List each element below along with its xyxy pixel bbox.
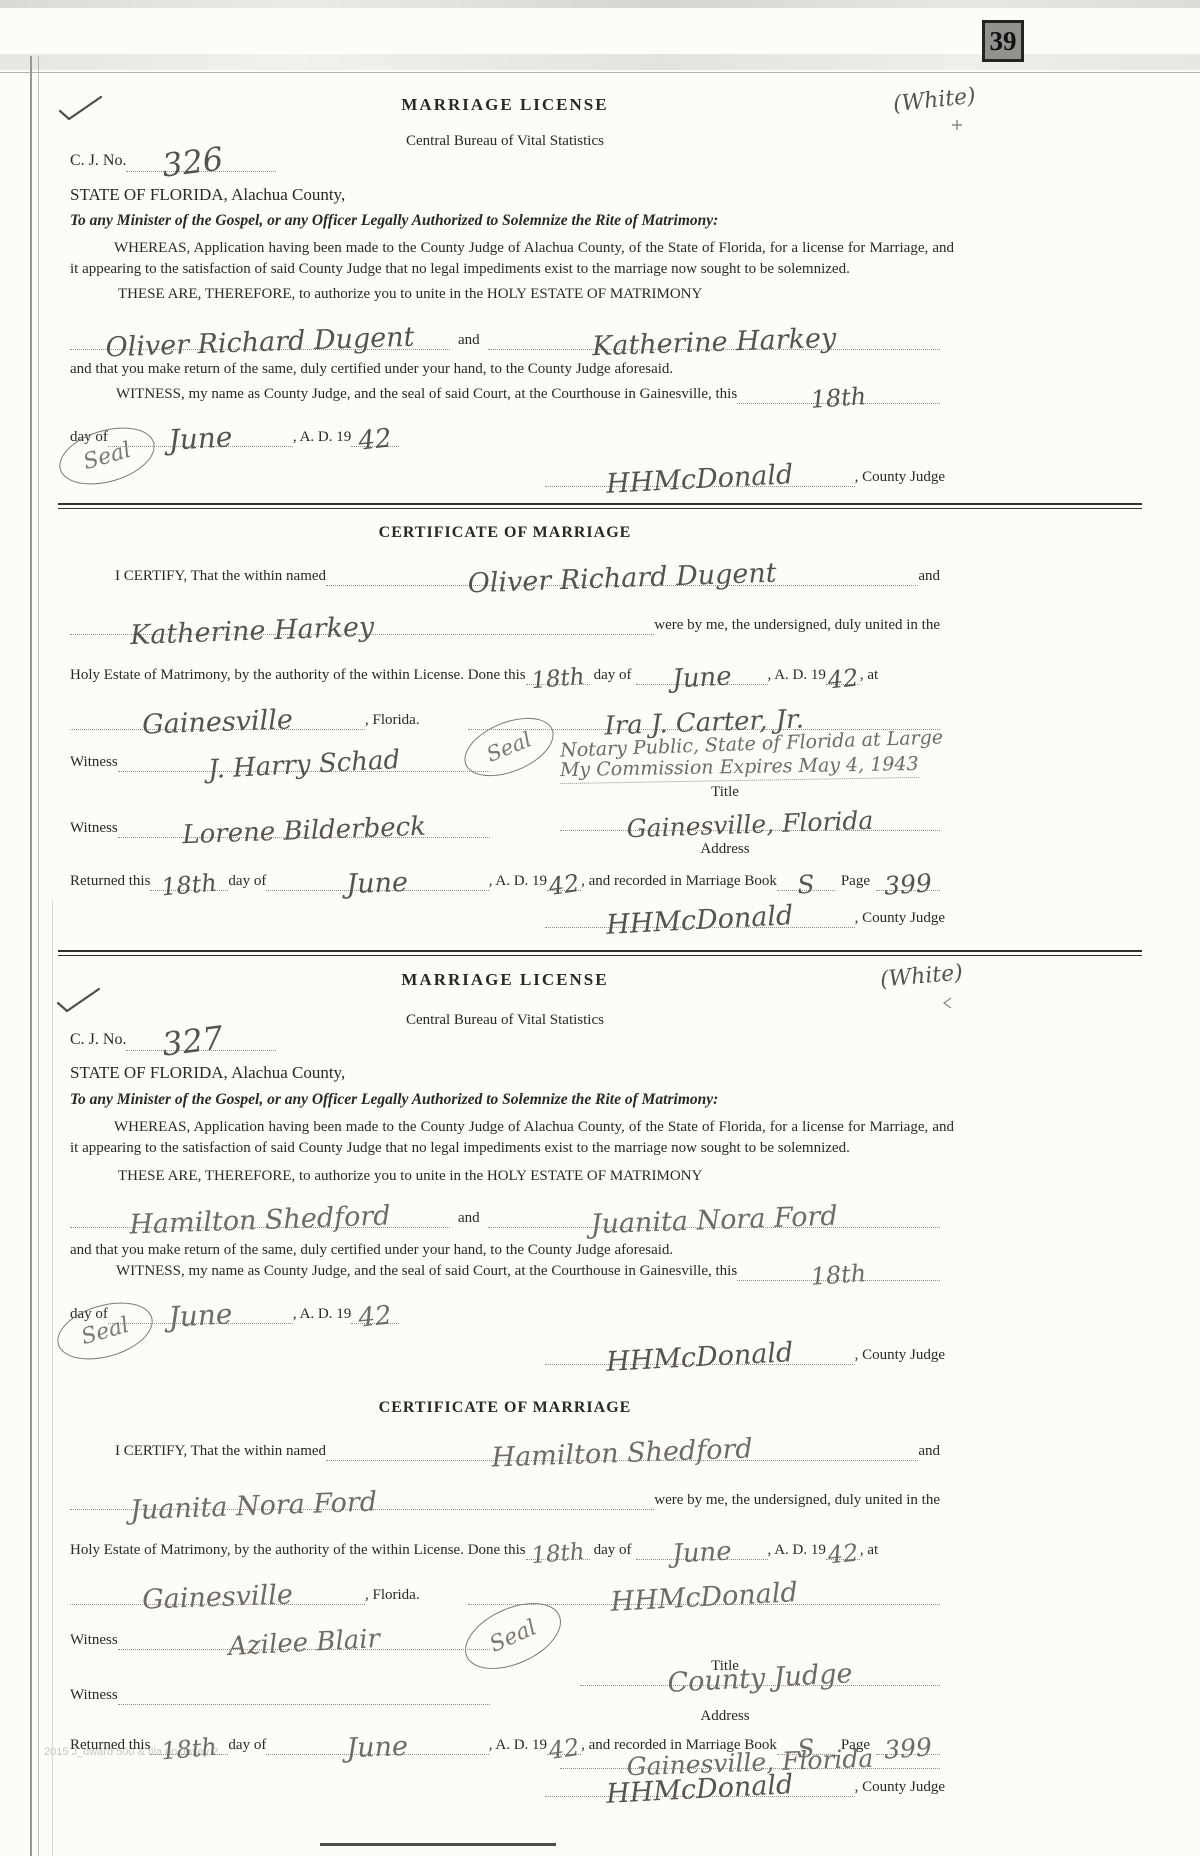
and-label: and	[918, 567, 940, 587]
license1-addressee-line: To any Minister of the Gospel, or any Of…	[70, 211, 718, 231]
book-field: S	[777, 1753, 835, 1755]
seal-text: Seal	[483, 727, 535, 767]
day-field: 18th	[526, 683, 590, 685]
recorded-label: , and recorded in Marriage Book	[581, 872, 777, 892]
license1-cj-number: 326	[125, 136, 278, 186]
cj-no-field: 327	[126, 1049, 276, 1051]
groom-name-field: Hamilton Shedford	[326, 1459, 918, 1461]
cert2-bride-line: Juanita Nora Ford were by me, the unders…	[70, 1474, 940, 1510]
cert2-day: 18th	[525, 1540, 591, 1568]
cert2-groom-name: Hamilton Shedford	[326, 1430, 919, 1478]
judge-signature-field: HHMcDonald	[545, 1795, 855, 1797]
cert1-returned-line: Returned this 18th day of June , A. D. 1…	[70, 855, 940, 891]
cert2-book: S	[776, 1734, 836, 1763]
cert1-witness1-line: Witness J. Harry Schad	[70, 736, 490, 772]
cert1-address: Gainesville, Florida	[560, 805, 941, 843]
cert2-year: 42	[825, 1540, 861, 1567]
cert2-witness2-line: Witness	[70, 1669, 490, 1705]
cert2-month: June	[635, 1537, 768, 1570]
cert2-returned-day: 18th	[150, 1734, 230, 1765]
witness-clause-text: WITNESS, my name as County Judge, and th…	[116, 1262, 737, 1282]
month-field: June	[636, 683, 768, 685]
city-field: Gainesville	[70, 728, 365, 730]
bride-name-field: Katherine Harkey	[70, 633, 654, 635]
cert2-bride-name: Juanita Nora Ford	[70, 1479, 655, 1526]
holy-done-text: Holy Estate of Matrimony, by the authori…	[70, 1541, 526, 1561]
cert1-bride-line: Katherine Harkey were by me, the undersi…	[70, 599, 940, 635]
ad19-label: , A. D. 19	[293, 1305, 351, 1325]
scan-streak	[0, 72, 1200, 73]
license1-day: 18th	[737, 379, 941, 417]
cert1-bride-name: Katherine Harkey	[70, 604, 655, 651]
license1-names-line: Oliver Richard Dugent and Katherine Hark…	[70, 308, 940, 350]
cert1-month: June	[635, 662, 768, 695]
city-field: Gainesville	[70, 1603, 365, 1605]
cert2-page: 399	[875, 1734, 941, 1763]
and-label: and	[458, 1209, 480, 1229]
groom-name-field: Oliver Richard Dugent	[326, 584, 918, 586]
cert2-city: Gainesville	[70, 1579, 366, 1616]
and-label: and	[458, 331, 480, 351]
license2-day: 18th	[737, 1256, 941, 1294]
license1-state-line: STATE OF FLORIDA, Alachua County,	[70, 184, 345, 206]
section-divider-rule	[58, 503, 1142, 509]
year-field: 42	[351, 445, 399, 447]
day-of-label: day of	[594, 1541, 632, 1561]
cert1-judge-signature-line: HHMcDonald , County Judge	[545, 894, 945, 928]
county-judge-label: , County Judge	[855, 909, 945, 929]
witness-label: Witness	[70, 1631, 118, 1651]
holy-done-text: Holy Estate of Matrimony, by the authori…	[70, 666, 526, 686]
cert1-witness2-name: Lorene Bilderbeck	[117, 812, 490, 851]
ad19-label: , A. D. 19	[293, 428, 351, 448]
returned-year-field: 42	[547, 889, 581, 891]
seal-text: Seal	[486, 1615, 540, 1657]
florida-label: , Florida.	[365, 711, 420, 731]
cert2-returned-year: 42	[546, 1735, 583, 1763]
binding-line	[52, 900, 53, 1856]
returned-day-field: 18th	[150, 889, 228, 891]
judge-signature-field: HHMcDonald	[545, 1363, 855, 1365]
binding-line	[30, 56, 32, 1856]
witness-label: Witness	[70, 753, 118, 773]
judge-signature-field: HHMcDonald	[545, 485, 855, 487]
license2-addressee-line: To any Minister of the Gospel, or any Of…	[70, 1090, 718, 1110]
seal-text: Seal	[78, 1312, 131, 1349]
cert2-returned-line: Returned this 18th day of June , A. D. 1…	[70, 1719, 940, 1755]
ad19-label: , A. D. 19	[768, 1541, 826, 1561]
cert1-certify-line: I CERTIFY, That the within named Oliver …	[70, 550, 940, 586]
license1-judge-signature-line: HHMcDonald , County Judge	[545, 453, 945, 487]
pen-mark	[940, 996, 954, 1010]
cert2-title-label: Title	[510, 1657, 940, 1677]
month-field: June	[636, 1558, 768, 1560]
scan-artifact-line	[320, 1843, 556, 1846]
license1-whereas-paragraph: WHEREAS, Application having been made to…	[70, 238, 954, 280]
were-by-text: were by me, the undersigned, duly united…	[654, 1491, 940, 1511]
florida-label: , Florida.	[365, 1586, 420, 1606]
returned-month-field: June	[266, 1753, 488, 1755]
license2-these-are-line: THESE ARE, THEREFORE, to authorize you t…	[118, 1167, 702, 1187]
cert2-certify-line: I CERTIFY, That the within named Hamilto…	[70, 1425, 940, 1461]
license2-bride-name: Juanita Nora Ford	[487, 1199, 940, 1242]
cj-no-label: C. J. No.	[70, 151, 126, 172]
were-by-text: were by me, the undersigned, duly united…	[654, 616, 940, 636]
license1-year: 42	[350, 425, 400, 456]
page-number: 39	[990, 26, 1017, 57]
ad19-label: , A. D. 19	[489, 1736, 547, 1756]
section-divider-rule	[58, 950, 1142, 956]
cert1-groom-name: Oliver Richard Dugent	[326, 555, 919, 603]
witness2-field	[118, 1703, 490, 1705]
license2-cj-number: 327	[125, 1015, 278, 1065]
certify-label: I CERTIFY, That the within named	[115, 567, 326, 587]
returned-this-label: Returned this	[70, 1736, 150, 1756]
license2-whereas-paragraph: WHEREAS, Application having been made to…	[70, 1117, 954, 1159]
cert1-returned-month: June	[266, 866, 489, 901]
year-field: 42	[826, 683, 860, 685]
cert1-address-field: Gainesville, Florida	[560, 796, 940, 831]
returned-month-field: June	[266, 889, 488, 891]
at-label: , at	[860, 1541, 878, 1561]
and-label: and	[918, 1442, 940, 1462]
county-judge-label: , County Judge	[855, 468, 945, 488]
cert1-officiant-title-line2: My Commission Expires May 4, 1943	[560, 753, 919, 784]
county-judge-label: , County Judge	[855, 1778, 945, 1798]
cert1-holy-estate-line: Holy Estate of Matrimony, by the authori…	[70, 649, 940, 685]
book-field: S	[777, 889, 835, 891]
license2-year: 42	[350, 1302, 400, 1333]
license2-state-line: STATE OF FLORIDA, Alachua County,	[70, 1062, 345, 1084]
scanned-marriage-license-page: 39 (White) MARRIAGE LICENSE Central Bure…	[0, 0, 1200, 1856]
license1-title: MARRIAGE LICENSE	[70, 94, 940, 116]
bride-name-field: Juanita Nora Ford	[70, 1508, 654, 1510]
page-label: Page	[841, 1736, 870, 1756]
cert1-title: CERTIFICATE OF MARRIAGE	[70, 523, 940, 544]
license2-title: MARRIAGE LICENSE	[70, 969, 940, 991]
binding-line	[38, 56, 39, 1856]
witness2-field: Lorene Bilderbeck	[118, 836, 490, 838]
cert2-holy-estate-line: Holy Estate of Matrimony, by the authori…	[70, 1524, 940, 1560]
license1-cj-line: C. J. No. 326	[70, 140, 320, 172]
pen-mark	[950, 118, 964, 132]
license2-groom-name: Hamilton Shedford	[70, 1200, 451, 1240]
year-field: 42	[826, 1558, 860, 1560]
returned-year-field: 42	[547, 1753, 581, 1755]
day-of-label: day of	[228, 872, 266, 892]
cj-no-field: 326	[126, 170, 276, 172]
day-of-label: day of	[228, 1736, 266, 1756]
groom-name-field: Oliver Richard Dugent	[70, 348, 450, 350]
cert2-witness1-name: Azilee Blair	[117, 1620, 490, 1665]
groom-name-field: Hamilton Shedford	[70, 1226, 450, 1228]
cert2-city-line: Gainesville , Florida. HHMcDonald	[70, 1569, 940, 1605]
license2-witness-clause-line: WITNESS, my name as County Judge, and th…	[70, 1249, 940, 1281]
cert1-day: 18th	[525, 665, 591, 693]
witness1-field: Azilee Blair	[118, 1648, 490, 1650]
scan-streak	[0, 0, 1200, 8]
cert2-title: CERTIFICATE OF MARRIAGE	[70, 1398, 940, 1419]
page-number-stamp: 39	[982, 20, 1024, 62]
cert1-witness1-name: J. Harry Schad	[117, 742, 490, 787]
page-field: 399	[876, 1753, 940, 1755]
witness-label: Witness	[70, 819, 118, 839]
witness1-field: J. Harry Schad	[118, 770, 490, 772]
license2-names-line: Hamilton Shedford and Juanita Nora Ford	[70, 1186, 940, 1228]
at-label: , at	[860, 666, 878, 686]
cert2-judge-signature-line: HHMcDonald , County Judge	[545, 1763, 945, 1797]
license1-bride-name: Katherine Harkey	[487, 321, 940, 364]
license1-groom-name: Oliver Richard Dugent	[70, 322, 451, 362]
cert1-year: 42	[825, 665, 861, 692]
seal-text: Seal	[80, 437, 133, 474]
license2-judge-signature-line: HHMcDonald , County Judge	[545, 1331, 945, 1365]
ad19-label: , A. D. 19	[768, 666, 826, 686]
bride-name-field: Juanita Nora Ford	[488, 1226, 940, 1228]
license2-cj-line: C. J. No. 327	[70, 1019, 320, 1051]
cert2-judge-signature: HHMcDonald	[545, 1768, 856, 1811]
license1-witness-clause-line: WITNESS, my name as County Judge, and th…	[70, 372, 940, 404]
certify-label: I CERTIFY, That the within named	[115, 1442, 326, 1462]
page-label: Page	[841, 872, 870, 892]
cert1-witness2-line: Witness Lorene Bilderbeck	[70, 802, 490, 838]
day-field: 18th	[526, 1558, 590, 1560]
bride-name-field: Katherine Harkey	[488, 348, 940, 350]
day-field: 18th	[737, 402, 940, 404]
judge-signature-field: HHMcDonald	[545, 926, 855, 928]
witness-label: Witness	[70, 1686, 118, 1706]
year-field: 42	[351, 1322, 399, 1324]
license1-these-are-line: THESE ARE, THEREFORE, to authorize you t…	[118, 285, 702, 305]
license1-judge-signature: HHMcDonald	[545, 458, 856, 501]
returned-day-field: 18th	[150, 1753, 228, 1755]
page-field: 399	[876, 889, 940, 891]
ad19-label: , A. D. 19	[489, 872, 547, 892]
recorded-label: , and recorded in Marriage Book	[581, 1736, 777, 1756]
day-of-label: day of	[594, 666, 632, 686]
cert1-judge-signature: HHMcDonald	[545, 899, 856, 942]
day-field: 18th	[737, 1279, 940, 1281]
county-judge-label: , County Judge	[855, 1346, 945, 1366]
cert1-returned-day: 18th	[150, 870, 230, 901]
witness-clause-text: WITNESS, my name as County Judge, and th…	[116, 385, 737, 405]
returned-this-label: Returned this	[70, 872, 150, 892]
license2-judge-signature: HHMcDonald	[545, 1336, 856, 1379]
cert2-witness1-line: Witness Azilee Blair	[70, 1614, 490, 1650]
cj-no-label: C. J. No.	[70, 1030, 126, 1051]
cert2-returned-month: June	[266, 1730, 489, 1765]
